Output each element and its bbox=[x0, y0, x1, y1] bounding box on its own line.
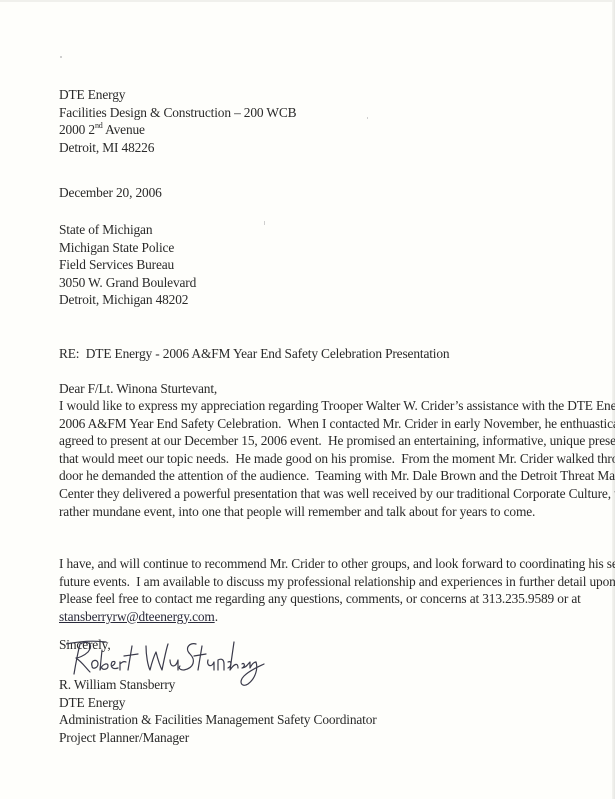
street-number: 2000 2 bbox=[59, 122, 95, 137]
recipient-line: 3050 W. Grand Boulevard bbox=[59, 274, 196, 292]
sender-city: Detroit, MI 48226 bbox=[59, 139, 296, 157]
closing: Sincerely, bbox=[59, 636, 111, 654]
signer-name: R. William Stansberry bbox=[59, 676, 377, 694]
recipient-address: State of Michigan Michigan State Police … bbox=[59, 221, 196, 309]
letter-page: DTE Energy Facilities Design & Construct… bbox=[0, 0, 615, 799]
signer-role: Project Planner/Manager bbox=[59, 729, 377, 747]
paragraph-line: rather mundane event, into one that peop… bbox=[59, 503, 615, 521]
paragraph-line: Please feel free to contact me regarding… bbox=[59, 590, 615, 608]
street-name: Avenue bbox=[103, 122, 145, 137]
signer-company: DTE Energy bbox=[59, 694, 377, 712]
scan-speck bbox=[264, 221, 265, 225]
body-paragraph-1: I would like to express my appreciation … bbox=[59, 397, 615, 520]
email-period: . bbox=[215, 609, 218, 624]
paragraph-line: that would meet our topic needs. He made… bbox=[59, 450, 615, 468]
letter-date: December 20, 2006 bbox=[59, 184, 162, 202]
paragraph-line: I would like to express my appreciation … bbox=[59, 397, 615, 415]
paragraph-line: future events. I am available to discuss… bbox=[59, 573, 615, 591]
signer-block: R. William Stansberry DTE Energy Adminis… bbox=[59, 676, 377, 746]
scan-edge-top bbox=[0, 0, 615, 2]
scan-speck bbox=[60, 56, 62, 58]
recipient-line: Detroit, Michigan 48202 bbox=[59, 291, 196, 309]
paragraph-line: 2006 A&FM Year End Safety Celebration. W… bbox=[59, 415, 615, 433]
signer-title: Administration & Facilities Management S… bbox=[59, 711, 377, 729]
sender-company: DTE Energy bbox=[59, 86, 296, 104]
paragraph-line: Center they delivered a powerful present… bbox=[59, 485, 615, 503]
email-line: stansberryrw@dteenergy.com. bbox=[59, 608, 615, 626]
recipient-line: Field Services Bureau bbox=[59, 256, 196, 274]
street-ordinal: nd bbox=[95, 121, 103, 130]
sender-street: 2000 2nd Avenue bbox=[59, 121, 296, 139]
recipient-line: Michigan State Police bbox=[59, 239, 196, 257]
sender-address: DTE Energy Facilities Design & Construct… bbox=[59, 86, 296, 156]
paragraph-line: door he demanded the attention of the au… bbox=[59, 467, 615, 485]
email-link[interactable]: stansberryrw@dteenergy.com bbox=[59, 609, 215, 624]
body-paragraph-2: I have, and will continue to recommend M… bbox=[59, 555, 615, 625]
scan-speck bbox=[367, 117, 368, 119]
recipient-line: State of Michigan bbox=[59, 221, 196, 239]
paragraph-line: agreed to present at our December 15, 20… bbox=[59, 432, 615, 450]
salutation: Dear F/Lt. Winona Sturtevant, bbox=[59, 380, 217, 398]
subject-line: RE: DTE Energy - 2006 A&FM Year End Safe… bbox=[59, 345, 449, 363]
sender-department: Facilities Design & Construction – 200 W… bbox=[59, 104, 296, 122]
paragraph-line: I have, and will continue to recommend M… bbox=[59, 555, 615, 573]
